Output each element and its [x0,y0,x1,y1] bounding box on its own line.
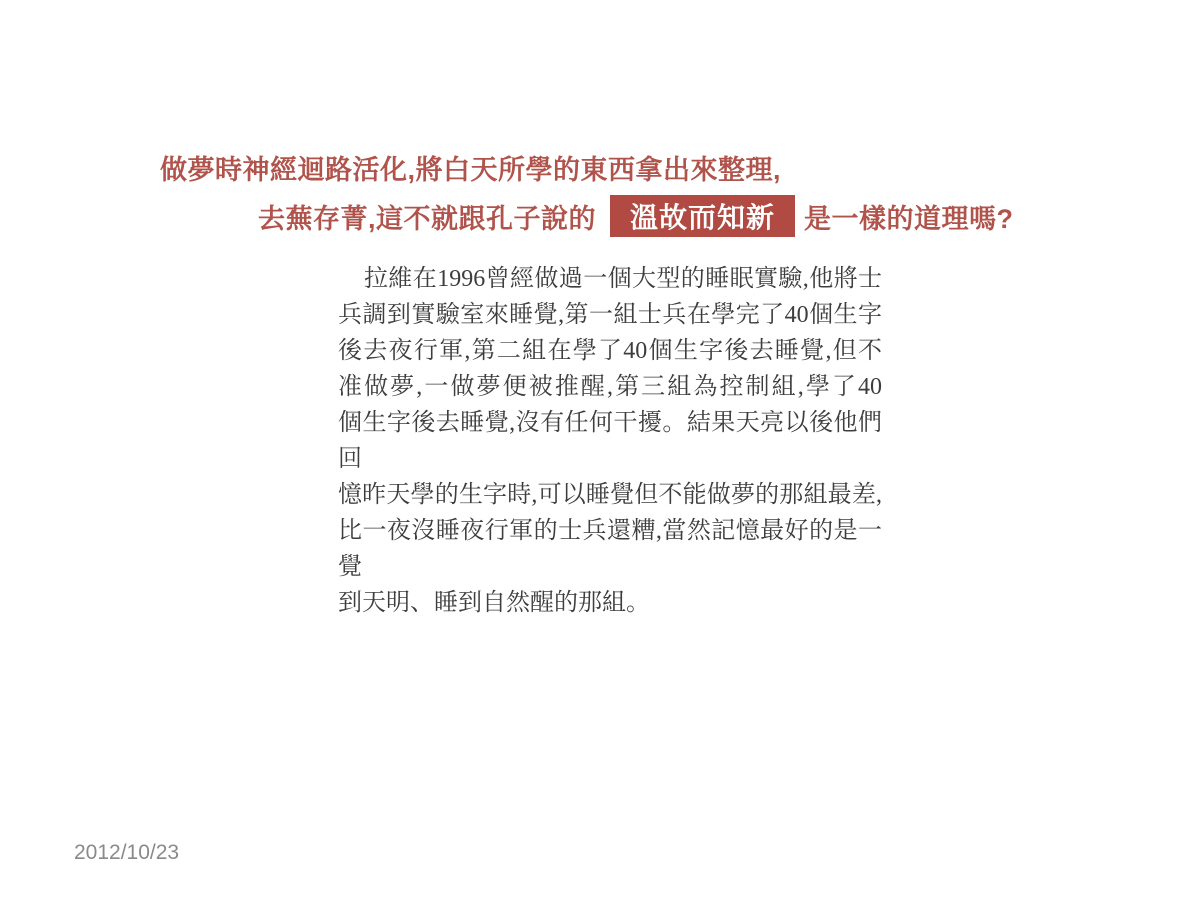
heading-line-2: 去蕪存菁,這不就跟孔子說的 溫故而知新 是一樣的道理嗎? [258,195,1014,237]
body-line: 後去夜行軍,第二組在學了40個生字後去睡覺,但不 [338,333,882,369]
footer-date: 2012/10/23 [74,841,179,865]
body-line: 到天明、睡到自然醒的那組。 [338,585,882,621]
body-paragraph: 拉維在1996曾經做過一個大型的睡眠實驗,他將士兵調到實驗室來睡覺,第一組士兵在… [338,261,882,621]
heading-highlight-box: 溫故而知新 [610,195,795,237]
body-line: 准做夢,一做夢便被推醒,第三組為控制組,學了40 [338,369,882,405]
body-line: 比一夜沒睡夜行軍的士兵還糟,當然記憶最好的是一覺 [338,513,882,585]
body-line: 憶昨天學的生字時,可以睡覺但不能做夢的那組最差, [338,477,882,513]
heading-line2-post: 是一樣的道理嗎? [804,197,1014,236]
heading-line2-pre: 去蕪存菁,這不就跟孔子說的 [258,197,596,236]
body-line: 兵調到實驗室來睡覺,第一組士兵在學完了40個生字 [338,297,882,333]
body-line: 拉維在1996曾經做過一個大型的睡眠實驗,他將士 [338,261,882,297]
heading-line-1: 做夢時神經迴路活化,將白天所學的東西拿出來整理, [160,148,781,187]
presentation-slide: 做夢時神經迴路活化,將白天所學的東西拿出來整理, 去蕪存菁,這不就跟孔子說的 溫… [0,0,1200,900]
body-line: 個生字後去睡覺,沒有任何干擾。結果天亮以後他們回 [338,405,882,477]
